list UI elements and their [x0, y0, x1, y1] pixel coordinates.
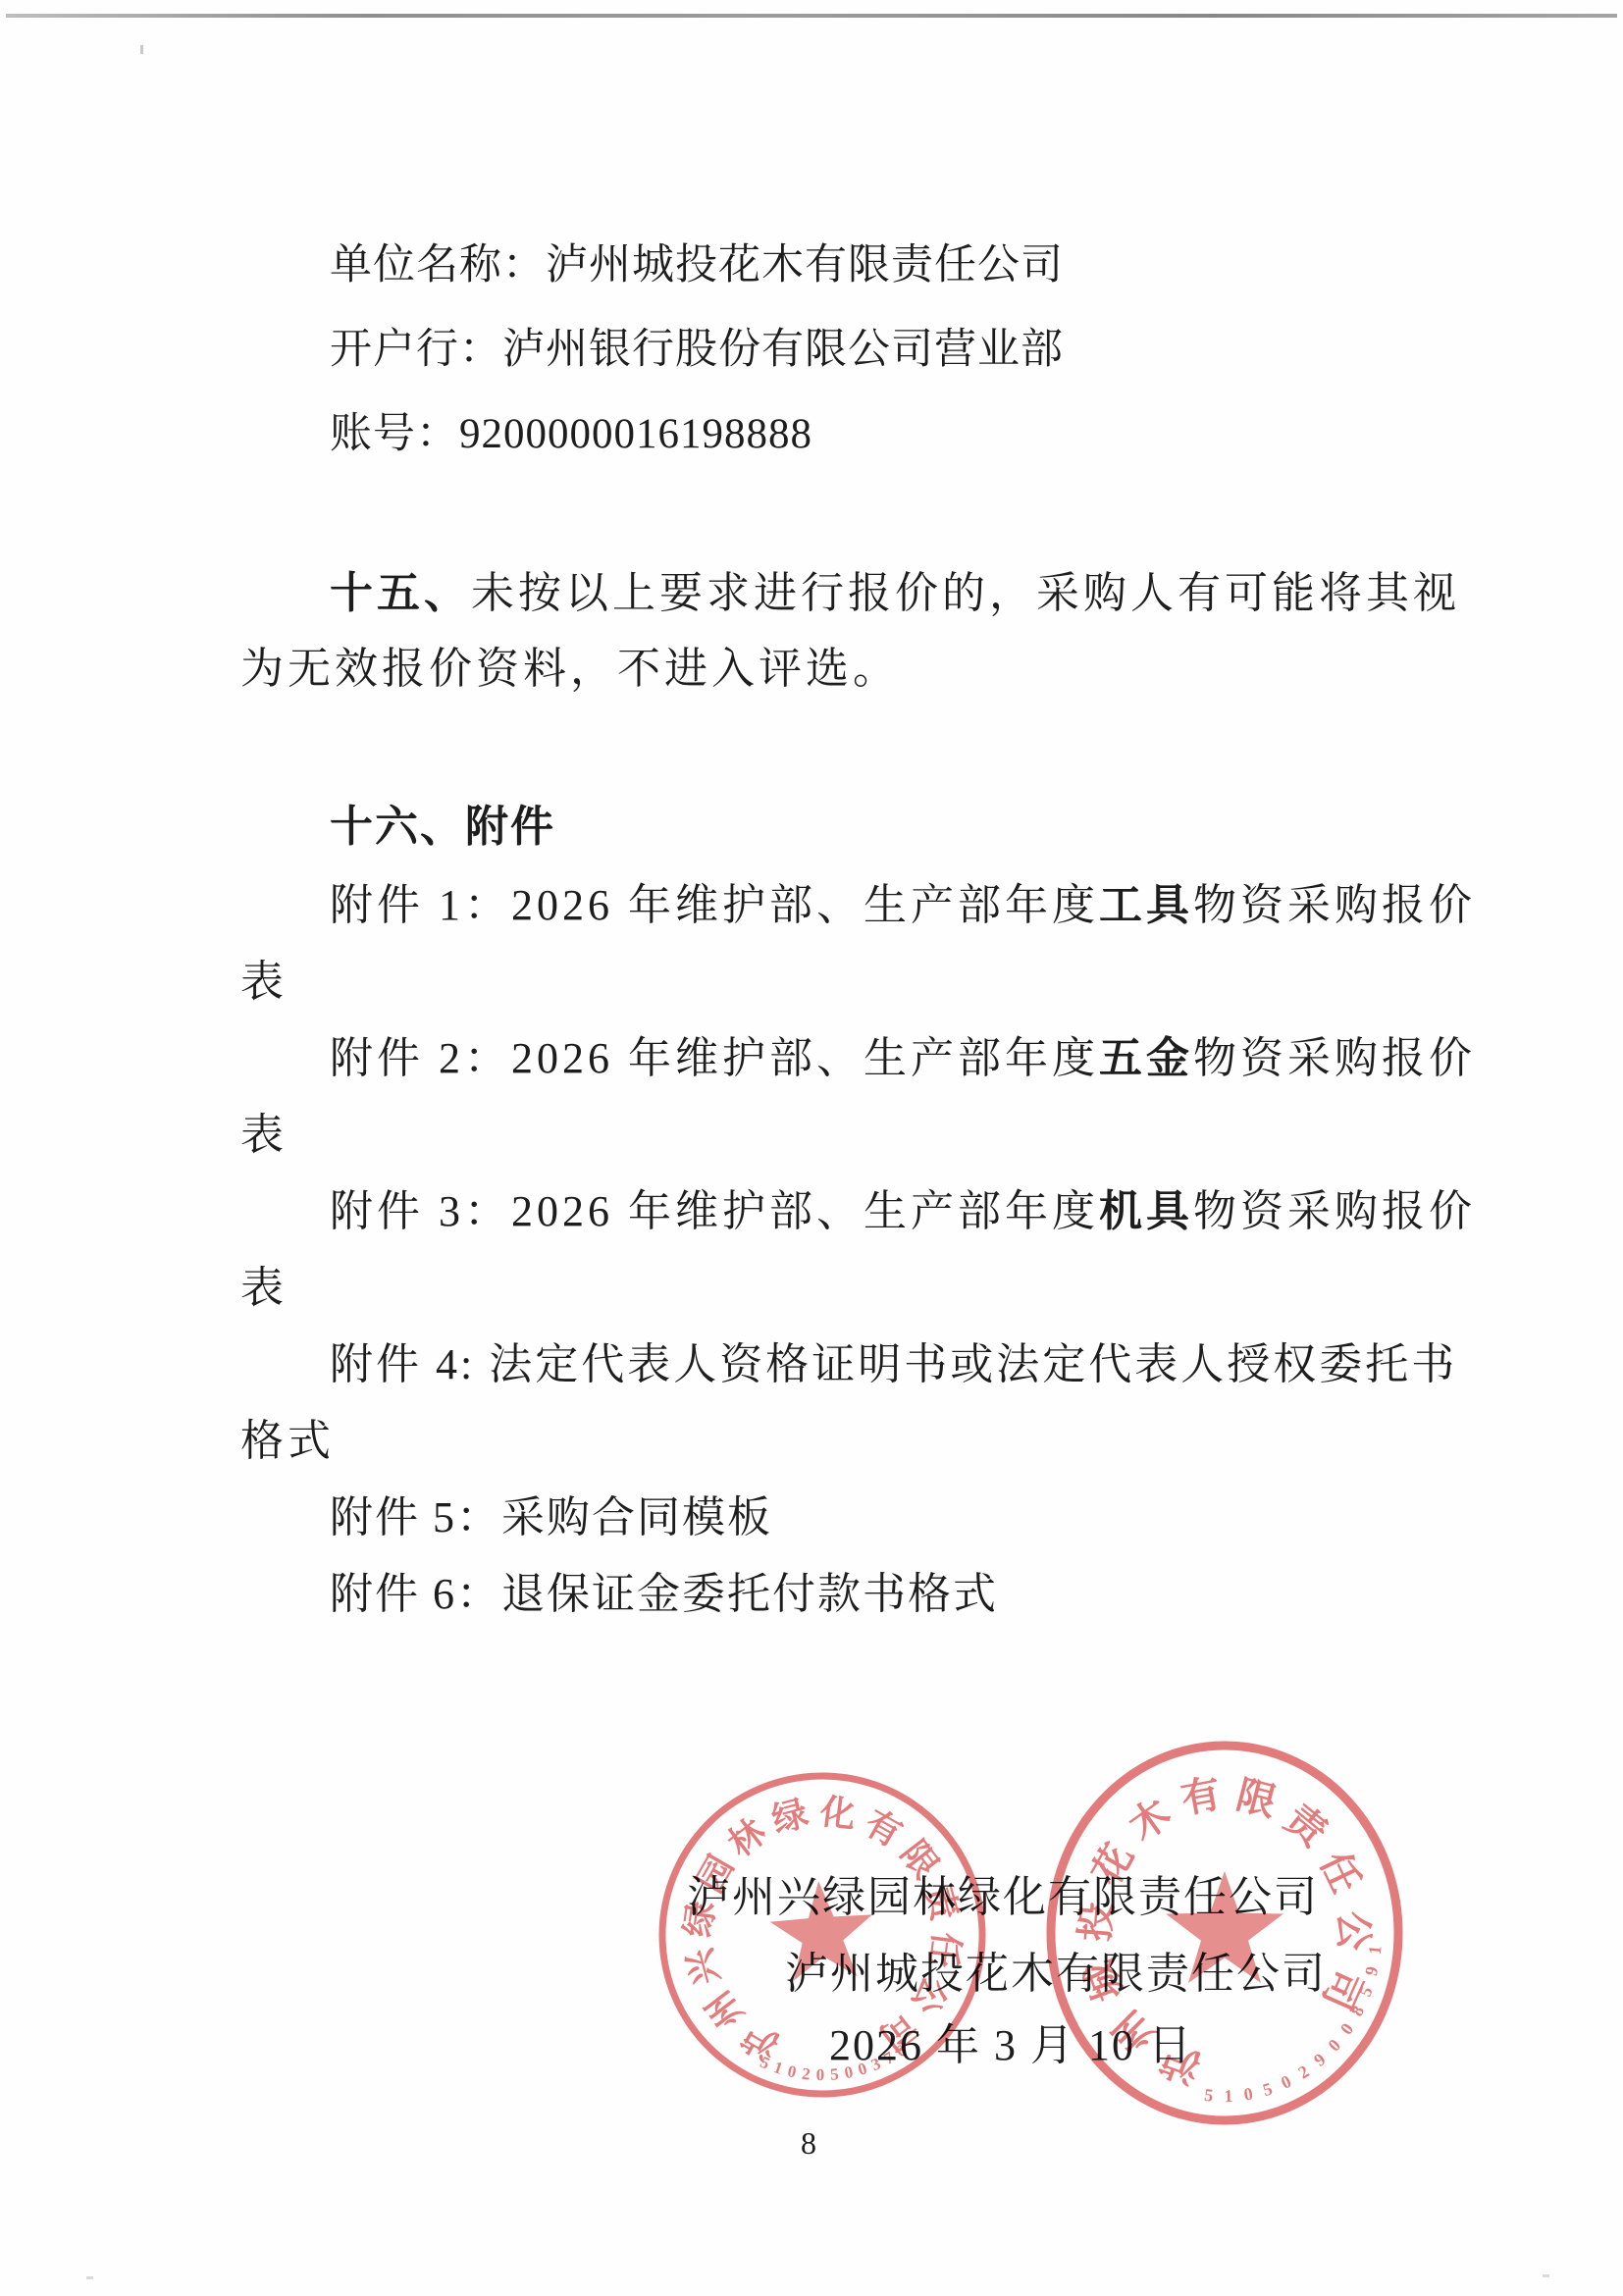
attachment-6-line: 附件 6：退保证金委托付款书格式 — [330, 1573, 998, 1616]
attachment-1-prefix: 附件 1：2026 年维护部、生产部年度 — [330, 881, 1099, 929]
scan-speck — [86, 2276, 93, 2279]
attachment-3-bold: 机具 — [1099, 1187, 1193, 1235]
seal-code-digit: 5 — [1203, 2085, 1214, 2106]
seal-company-name-char: 泸 — [736, 2015, 786, 2067]
bank-value: 泸州银行股份有限公司营业部 — [502, 327, 1064, 373]
attachment-5-line: 附件 5：采购合同模板 — [330, 1496, 772, 1539]
section-15-body-1: 未按以上要求进行报价的，采购人有可能将其视 — [471, 569, 1460, 617]
seal-company-name-char: 林 — [721, 1811, 774, 1864]
attachment-4-line: 附件 4: 法定代表人资格证明书或法定代表人授权委托书 — [330, 1343, 1457, 1386]
seal-code-digit: 1 — [1365, 1945, 1386, 1956]
scanned-document-page: 单位名称：泸州城投花木有限责任公司 开户行：泸州银行股份有限公司营业部 账号：9… — [0, 0, 1623, 2296]
seal-code-digit: 1 — [771, 2058, 785, 2078]
seal-company-name-char: 绿 — [767, 1794, 811, 1841]
attachment-3-suffix: 物资采购报价 — [1193, 1187, 1476, 1235]
seal-code-digit: 2 — [801, 2064, 811, 2084]
seal-company-name-char: 兴 — [680, 1944, 727, 1989]
attachment-1-wrap: 表 — [240, 961, 288, 1004]
attachment-3-wrap: 表 — [240, 1267, 288, 1310]
seal-company-name-char: 限 — [1232, 1772, 1282, 1825]
seal-code-digit: 9 — [1310, 2049, 1330, 2069]
seal-code-digit: 0 — [1336, 2019, 1357, 2038]
seal-company-name-char: 责 — [1277, 1797, 1336, 1856]
seal-code-digit: 1 — [1224, 2086, 1233, 2106]
seal-company-name-char: 州 — [699, 1984, 752, 2036]
bank-line: 开户行：泸州银行股份有限公司营业部 — [330, 329, 1064, 371]
seal-code-digit: 5 — [1261, 2078, 1275, 2100]
seal-code-digit: 9 — [1361, 1964, 1383, 1977]
page-number: 8 — [801, 2125, 816, 2162]
seal-code-digit: 2 — [1294, 2061, 1312, 2083]
signature-company-2: 泸州城投花木有限责任公司 — [785, 1953, 1327, 1996]
section-15-heading: 十五、 — [330, 569, 471, 617]
signature-date: 2026 年 3 月 10 日 — [829, 2024, 1193, 2067]
attachment-2-suffix: 物资采购报价 — [1193, 1034, 1476, 1082]
scan-edge-artifact — [6, 14, 1617, 18]
seal-code-digit: 0 — [816, 2065, 825, 2084]
attachment-1-line: 附件 1：2026 年维护部、生产部年度工具物资采购报价 — [330, 884, 1476, 927]
attachment-2-bold: 五金 — [1099, 1034, 1193, 1082]
unit-name-label: 单位名称： — [330, 242, 546, 288]
attachment-4-wrap: 格式 — [240, 1420, 335, 1463]
account-label: 账号： — [330, 411, 459, 457]
seal-company-name-char: 木 — [1122, 1791, 1179, 1850]
seal-code-digit: 0 — [1242, 2084, 1254, 2105]
attachment-1-bold: 工具 — [1099, 881, 1193, 929]
account-line: 账号：9200000016198888 — [330, 413, 812, 455]
attachment-2-wrap: 表 — [240, 1114, 288, 1157]
account-value: 9200000016198888 — [459, 411, 812, 457]
attachment-3-prefix: 附件 3：2026 年维护部、生产部年度 — [330, 1187, 1099, 1235]
seal-company-name-char: 有 — [1178, 1771, 1225, 1822]
attachment-3-line: 附件 3：2026 年维护部、生产部年度机具物资采购报价 — [330, 1190, 1476, 1233]
seal-company-name-char: 有 — [859, 1802, 909, 1854]
scan-speck — [140, 45, 143, 54]
seal-code-digit: 5 — [758, 2053, 772, 2073]
seal-code-digit: 5 — [1355, 1984, 1377, 2000]
seal-company-name-char: 化 — [816, 1792, 858, 1835]
section-15-line-2: 为无效报价资料，不进入评选。 — [240, 648, 900, 691]
attachment-2-prefix: 附件 2：2026 年维护部、生产部年度 — [330, 1034, 1099, 1082]
attachment-1-suffix: 物资采购报价 — [1193, 881, 1476, 929]
seal-code-digit: 0 — [1278, 2071, 1293, 2093]
bank-label: 开户行： — [330, 327, 502, 373]
seal-code-digit: 0 — [786, 2061, 798, 2081]
section-16-heading: 十六、附件 — [330, 806, 555, 849]
seal-company-name-char: 任 — [1312, 1846, 1369, 1901]
section-15-line-1: 十五、未按以上要求进行报价的，采购人有可能将其视 — [330, 572, 1460, 615]
unit-name-value: 泸州城投花木有限责任公司 — [546, 242, 1064, 288]
seal-company-name-char: 公 — [1331, 1910, 1376, 1951]
signature-company-1: 泸州兴绿园林绿化有限责任公司 — [687, 1876, 1319, 1919]
attachment-2-line: 附件 2：2026 年维护部、生产部年度五金物资采购报价 — [330, 1037, 1476, 1080]
unit-name-line: 单位名称：泸州城投花木有限责任公司 — [330, 244, 1064, 287]
seal-code-digit: 0 — [1324, 2035, 1344, 2055]
seal-code-digit: 8 — [1346, 2003, 1368, 2019]
scan-speck — [1543, 2274, 1549, 2277]
